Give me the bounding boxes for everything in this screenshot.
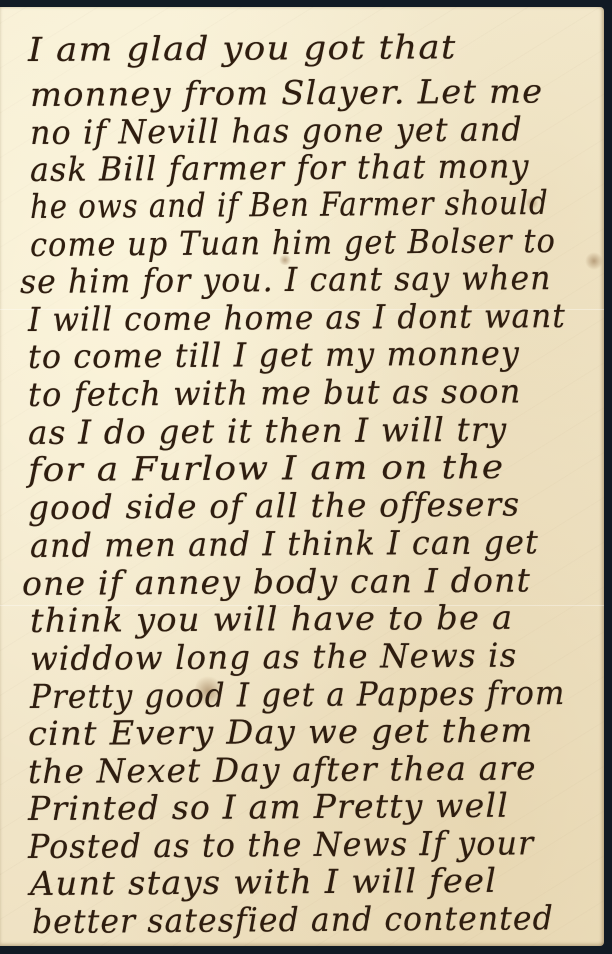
letter-line: as I do get it then I will try [28, 410, 508, 452]
letter-line: Pretty good I get a Pappes from [30, 673, 566, 716]
letter-line: se him for you. I cant say when [20, 258, 552, 301]
handwritten-text: I am glad you got thatmonney from Slayer… [0, 7, 604, 946]
letter-line: widdow long as the News is [30, 636, 518, 678]
letter-line: to come till I get my monney [28, 333, 520, 376]
letter-line: to fetch with me but as soon [28, 371, 522, 414]
letter-line: better satesfied and contented [32, 898, 554, 941]
letter-line: good side of all the offesers [28, 485, 521, 527]
letter-line: and men and I think I can get [30, 522, 539, 565]
letter-line: think you will have to be a [30, 598, 514, 640]
scan-frame: I am glad you got thatmonney from Slayer… [0, 0, 612, 954]
letter-line: monney from Slayer. Let me [30, 71, 544, 114]
letter-line: Aunt stays with I will feel [30, 861, 497, 903]
letter-page: I am glad you got thatmonney from Slayer… [0, 7, 604, 946]
letter-line: cint Every Day we get them [28, 711, 534, 753]
letter-line: for a Furlow I am on the [28, 447, 505, 489]
letter-line: one if anney body can I dont [22, 560, 531, 603]
letter-line: he ows and if Ben Farmer should [30, 183, 549, 226]
letter-line: I am glad you got that [28, 27, 457, 69]
letter-line: Posted as to the News If your [28, 823, 535, 866]
letter-line: I will come home as I dont want [28, 296, 566, 339]
letter-line: no if Nevill has gone yet and [30, 109, 523, 152]
letter-line: ask Bill farmer for that mony [30, 146, 530, 189]
letter-line: Printed so I am Pretty well [28, 786, 509, 828]
letter-line: the Nexet Day after thea are [28, 748, 537, 791]
letter-line: come up Tuan him get Bolser to [30, 221, 556, 264]
